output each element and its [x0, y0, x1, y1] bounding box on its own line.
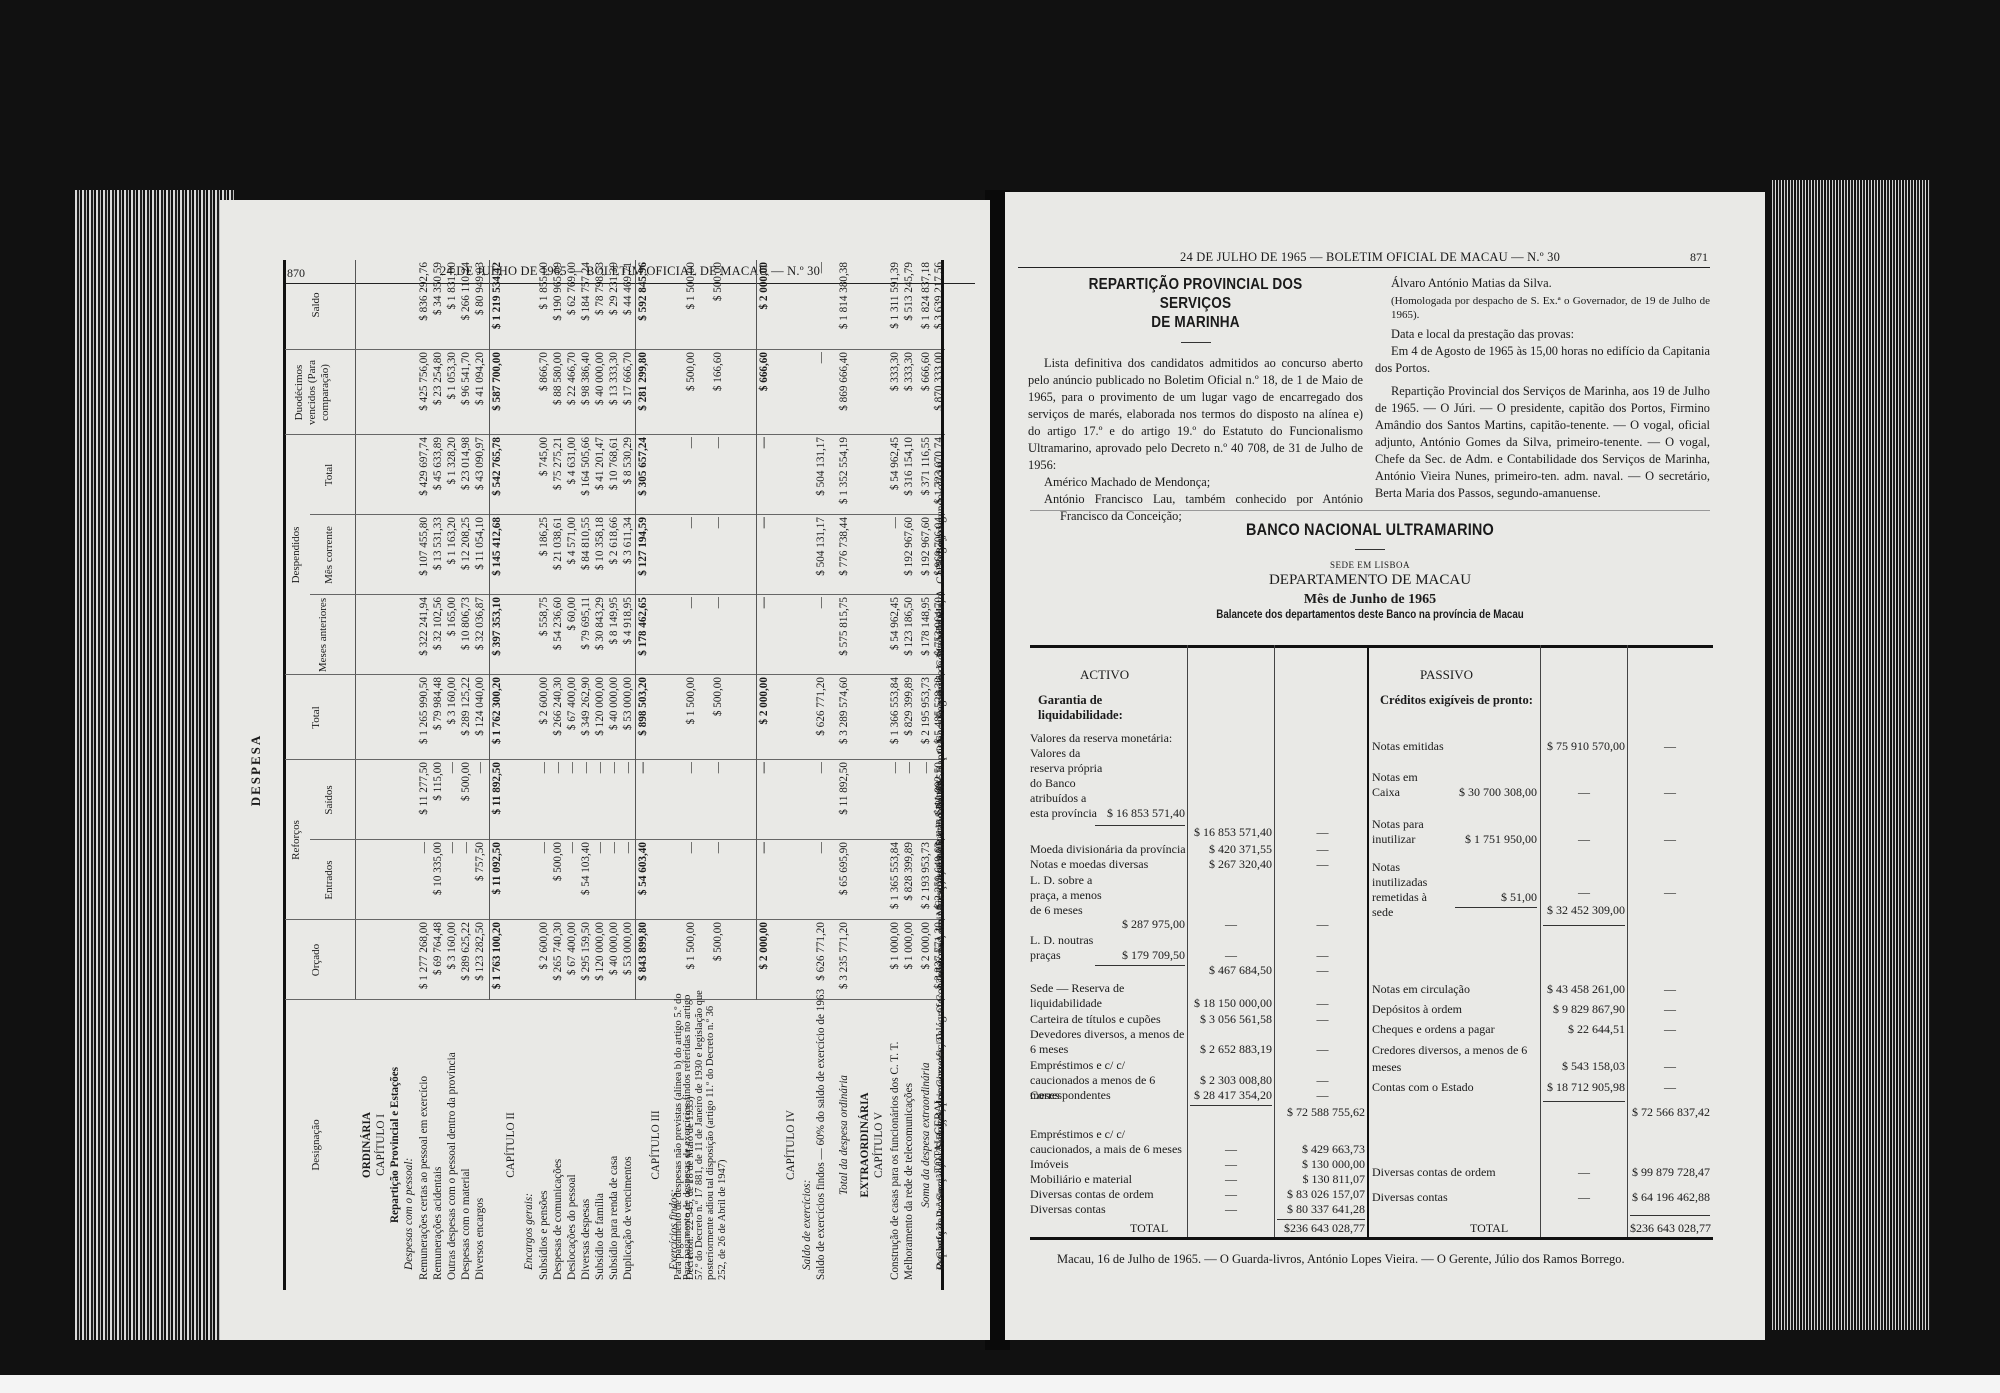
dash: —: [1280, 825, 1365, 840]
cell-saidos: —: [622, 762, 636, 840]
dash: —: [1630, 1080, 1710, 1095]
cell-duod: $ 98 386,40: [580, 352, 594, 435]
cell-saidos: —: [889, 762, 903, 840]
activo-total-amount: $236 643 028,77: [1277, 1221, 1365, 1236]
cell-mes-cor: $ 84 810,55: [580, 517, 594, 595]
cell-total: $ 2 195 953,73: [920, 677, 934, 760]
cell-mes-cor: $ 192 967,60: [920, 517, 934, 595]
cell-total: $ 500,00: [712, 677, 726, 760]
passivo-total-label: TOTAL: [1470, 1221, 1508, 1236]
cell-saidos: —: [580, 762, 594, 840]
section-cap1: CAPÍTULO I: [375, 1000, 389, 1290]
cell-saidos: $ 500,00: [460, 762, 474, 840]
cell-entrados: $ 828 399,89: [903, 842, 917, 920]
cell-total-desp: $ 371 116,55: [920, 437, 934, 515]
underline: [1277, 1219, 1365, 1220]
reserva-total: $ 16 853 571,40: [1190, 825, 1272, 840]
cell-saldo: $ 513 245,79: [903, 262, 917, 350]
reserva-label: Valores da reserva monetária:: [1030, 731, 1172, 746]
carteira-label: Carteira de títulos e cupões: [1030, 1012, 1161, 1027]
marinha-title-2: DE MARINHA: [1053, 313, 1338, 332]
cell-mes-cor: $ 145 412,68: [491, 517, 505, 595]
row-label: Subsídio de família: [594, 990, 608, 1290]
col-divider: [1540, 645, 1541, 1240]
cell-total: $ 3 289 574,60: [838, 677, 852, 760]
cell-orcado: $ 2 000,00: [920, 922, 934, 1000]
cell-saldo: $ 2 000,00: [758, 262, 772, 350]
cell-orcado: $ 120 000,00: [594, 922, 608, 1000]
dash: —: [1543, 1190, 1625, 1205]
cell-meses-ant: —: [815, 597, 829, 675]
row-label: Saldo de exercícios findos — 60% do sald…: [815, 990, 829, 1290]
cell-entrados: $ 2 193 953,73: [920, 842, 934, 920]
estado-label: Contas com o Estado: [1372, 1080, 1474, 1095]
cell-duod: $ 666,60: [758, 352, 772, 435]
row-label: Diversos encargos: [474, 990, 488, 1290]
row-label: Soma da despesa extraordinária: [920, 990, 934, 1290]
cell-duod: $ 1 053,30: [446, 352, 460, 435]
notas-label: Notas e moedas diversas: [1030, 857, 1148, 872]
banco-header: BANCO NACIONAL ULTRAMARINO SEDE EM LISBO…: [1030, 520, 1710, 621]
cell-meses-ant: $ 8 149,95: [608, 597, 622, 675]
cell-saidos: —: [815, 762, 829, 840]
cell-saldo: $ 34 350,59: [432, 262, 446, 350]
cell-entrados: —: [418, 842, 432, 920]
cell-total: $ 79 984,48: [432, 677, 446, 760]
cell-entrados: —: [758, 842, 772, 920]
imoveis-label: Imóveis: [1030, 1157, 1069, 1172]
cell-saidos: —: [446, 762, 460, 840]
passivo-diversas-amount: $ 64 196 462,88: [1630, 1190, 1710, 1205]
cell-mes-cor: $ 776 738,44: [838, 517, 852, 595]
row-label: Remunerações acidentais: [432, 990, 446, 1290]
cell-total-desp: —: [758, 437, 772, 515]
row-label: Remunerações certas ao pessoal em exercí…: [418, 990, 432, 1290]
ld-outras-amount: $ 179 709,50: [1095, 948, 1185, 963]
cell-total-desp: $ 75 275,21: [552, 437, 566, 515]
cell-entrados: $ 757,50: [474, 842, 488, 920]
cell-saldo: $ 29 231,39: [608, 262, 622, 350]
cell-meses-ant: $ 60,00: [566, 597, 580, 675]
underline: [1543, 925, 1625, 926]
dash: —: [1280, 996, 1365, 1011]
cell-entrados: $ 10 335,00: [432, 842, 446, 920]
cell-orcado: $ 67 400,00: [566, 922, 580, 1000]
row-label: Outras despesas com o pessoal dentro da …: [446, 990, 460, 1290]
cell-orcado: $ 295 159,50: [580, 922, 594, 1000]
inutilizar-label: Notas para inutilizar: [1372, 817, 1442, 847]
cell-saldo: $ 1 219 534,42: [491, 262, 505, 350]
cell-mes-cor: $ 12 208,25: [460, 517, 474, 595]
corresp-label: Correspondentes: [1030, 1088, 1111, 1103]
cell-orcado: $ 626 771,20: [815, 922, 829, 1000]
cell-duod: —: [815, 352, 829, 435]
sede-label: Sede — Reserva de liquidabilidade: [1030, 981, 1185, 1011]
header-total: Total: [310, 675, 323, 760]
dash: —: [1630, 885, 1710, 900]
carteira-amount: $ 3 056 561,58: [1190, 1012, 1272, 1027]
cell-meses-ant: $ 575 815,75: [838, 597, 852, 675]
cell-duod: $ 166,60: [712, 352, 726, 435]
dash: —: [1543, 885, 1625, 900]
cell-total-desp: $ 54 962,45: [889, 437, 903, 515]
row-label: Subsídio para renda de casa: [608, 990, 622, 1290]
dash: —: [1543, 832, 1625, 847]
cell-total: $ 124 040,00: [474, 677, 488, 760]
cell-saidos: —: [538, 762, 552, 840]
cell-entrados: —: [622, 842, 636, 920]
cell-duod: $ 870 333,00: [933, 352, 947, 435]
passivo-ordem-amount: $ 99 879 728,47: [1630, 1165, 1710, 1180]
underline: [1095, 825, 1185, 826]
dash: —: [1630, 739, 1710, 754]
cell-duod: $ 869 666,40: [838, 352, 852, 435]
dash: —: [1190, 1172, 1272, 1187]
cell-entrados: $ 65 695,90: [838, 842, 852, 920]
ld-praca-label: L. D. sobre a praça, a menos de 6 meses: [1030, 873, 1102, 918]
section-cap2-group: Encargos gerais:: [523, 980, 537, 1290]
cell-total-desp: $ 45 633,89: [432, 437, 446, 515]
cell-entrados: $ 54 103,40: [580, 842, 594, 920]
passivo-group: Créditos exigíveis de pronto:: [1380, 693, 1535, 708]
cell-orcado: $ 500,00: [712, 922, 726, 1000]
dash: —: [1190, 1187, 1272, 1202]
banco-mes: Mês de Junho de 1965: [1030, 590, 1710, 609]
cell-saldo: $ 266 110,24: [460, 262, 474, 350]
banco-departamento: DEPARTAMENTO DE MACAU: [1030, 570, 1710, 590]
cell-duod: $ 22 466,70: [566, 352, 580, 435]
cell-total: $ 898 503,20: [637, 677, 651, 760]
cell-saldo: $ 1 311 591,39: [889, 262, 903, 350]
header-reforcos: Reforços: [290, 760, 303, 920]
dash: —: [1190, 1157, 1272, 1172]
devedores-amount: $ 2 652 883,19: [1190, 1042, 1272, 1057]
cell-mes-cor: $ 2 618,66: [608, 517, 622, 595]
cell-duod: $ 333,30: [889, 352, 903, 435]
subtotal-rule: [756, 260, 757, 1000]
cell-mes-cor: $ 504 131,17: [815, 517, 829, 595]
cell-mes-cor: —: [712, 517, 726, 595]
row-label: Diversas despesas: [580, 990, 594, 1290]
cell-total-desp: $ 542 765,78: [491, 437, 505, 515]
cell-saidos: —: [903, 762, 917, 840]
cell-total-desp: $ 10 768,61: [608, 437, 622, 515]
cell-duod: $ 587 700,00: [491, 352, 505, 435]
row-label: Duplicação de vencimentos: [622, 990, 636, 1290]
col-divider: [1627, 645, 1628, 1240]
inutilizar-amount: $ 1 751 950,00: [1440, 832, 1537, 847]
dash: —: [1543, 1165, 1625, 1180]
cell-meses-ant: $ 397 353,10: [491, 597, 505, 675]
cell-saldo: $ 184 757,24: [580, 262, 594, 350]
title-divider: [1355, 549, 1385, 550]
cell-saidos: —: [920, 762, 934, 840]
cell-meses-ant: —: [712, 597, 726, 675]
dash: —: [1190, 948, 1272, 963]
balance-bottom-rule: [1030, 1237, 1713, 1240]
cell-mes-cor: $ 13 531,33: [432, 517, 446, 595]
cell-saidos: —: [594, 762, 608, 840]
col-divider: [1274, 645, 1275, 1240]
cell-duod: $ 425 756,00: [418, 352, 432, 435]
depositos-label: Depósitos à ordem: [1372, 1002, 1462, 1017]
cell-duod: $ 333,30: [903, 352, 917, 435]
credores-label: Credores diversos, a menos de 6 meses: [1372, 1042, 1537, 1076]
cell-meses-ant: $ 32 102,56: [432, 597, 446, 675]
section-cap1-group: Despesas com o pessoal:: [403, 980, 417, 1290]
cell-duod: $ 17 666,70: [622, 352, 636, 435]
header-saidos: Saídos: [323, 760, 336, 840]
emitidas-label: Notas emitidas: [1372, 739, 1444, 754]
imoveis-amount: $ 130 000,00: [1277, 1157, 1365, 1172]
dash: —: [1280, 1042, 1365, 1057]
dash: —: [1630, 982, 1710, 997]
cell-mes-cor: $ 4 571,00: [566, 517, 580, 595]
balance-top-rule: [1030, 645, 1713, 648]
marinha-signature: Repartição Provincial dos Serviços de Ma…: [1375, 383, 1710, 502]
dash: —: [1630, 785, 1710, 800]
right-head-rule: [1018, 267, 1710, 268]
cell-total-desp: —: [712, 437, 726, 515]
footer-line-3: (Custo desta publicação $ 120,00): [935, 780, 945, 1270]
cell-entrados: —: [566, 842, 580, 920]
row-label: Despesas de comunicações: [552, 990, 566, 1290]
cell-duod: $ 13 333,30: [608, 352, 622, 435]
dash: —: [1280, 857, 1365, 872]
cell-entrados: —: [446, 842, 460, 920]
cell-saldo: $ 1 831,80: [446, 262, 460, 350]
marinha-intro: Lista definitiva dos candidatos admitido…: [1028, 355, 1363, 474]
cell-meses-ant: $ 178 462,65: [637, 597, 651, 675]
cell-orcado: $ 69 764,48: [432, 922, 446, 1000]
cell-orcado: $ 265 740,30: [552, 922, 566, 1000]
cell-meses-ant: $ 79 695,11: [580, 597, 594, 675]
banco-sede: SEDE EM LISBOA: [1030, 560, 1710, 570]
cell-entrados: —: [538, 842, 552, 920]
dash: —: [1630, 832, 1710, 847]
cell-orcado: $ 1 000,00: [903, 922, 917, 1000]
cell-total-desp: $ 164 505,66: [580, 437, 594, 515]
cell-meses-ant: —: [758, 597, 772, 675]
cell-saldo: $ 500,00: [712, 262, 726, 350]
cell-total-desp: $ 429 697,74: [418, 437, 432, 515]
activo-total-label: TOTAL: [1130, 1221, 1168, 1236]
cell-saidos: —: [637, 762, 651, 840]
dash: —: [1630, 1002, 1710, 1017]
cell-entrados: $ 500,00: [552, 842, 566, 920]
cell-entrados: —: [712, 842, 726, 920]
cell-mes-cor: $ 127 194,59: [637, 517, 651, 595]
passivo-ordem-label: Diversas contas de ordem: [1372, 1165, 1496, 1180]
cell-orcado: $ 1 500,00: [685, 922, 699, 1000]
cell-total-desp: $ 316 154,10: [903, 437, 917, 515]
exam-label: Data e local da prestação das provas:: [1375, 326, 1710, 343]
table-top-rule: [283, 260, 286, 1290]
row-label: Subsídios e pensões: [538, 990, 552, 1290]
cell-orcado: $ 2 000,00: [758, 922, 772, 1000]
activo-ordem-amount: $ 83 026 157,07: [1277, 1187, 1365, 1202]
cell-entrados: —: [608, 842, 622, 920]
cell-mes-cor: $ 186,25: [538, 517, 552, 595]
header-entrados: Entrados: [323, 840, 336, 920]
cell-saldo: $ 78 798,53: [594, 262, 608, 350]
cell-orcado: $ 1 277 268,00: [418, 922, 432, 1000]
dash: —: [1280, 1012, 1365, 1027]
cell-saidos: —: [758, 762, 772, 840]
cell-orcado: $ 3 235 771,20: [838, 922, 852, 1000]
dash: —: [1280, 917, 1365, 932]
despesa-table: DESPESA Designação Orçado Reforços Entra…: [265, 260, 945, 1290]
cell-saldo: $ 44 469,71: [622, 262, 636, 350]
cell-total: $ 266 240,30: [552, 677, 566, 760]
header-designacao: Designação: [310, 1000, 323, 1290]
cell-meses-ant: $ 4 918,95: [622, 597, 636, 675]
activo-ordem-label: Diversas contas de ordem: [1030, 1187, 1154, 1202]
circulacao-amount: $ 43 458 261,00: [1543, 982, 1625, 997]
row-label: Despesas com o material: [460, 990, 474, 1290]
remetidas-label: Notas inutilizadas remetidas à sede: [1372, 860, 1447, 920]
underline: [1095, 965, 1185, 966]
header-meses-anteriores: Meses anteriores: [317, 595, 330, 675]
ld-total: $ 467 684,50: [1190, 963, 1272, 978]
cell-total: $ 1 762 300,20: [491, 677, 505, 760]
cell-total: $ 829 399,89: [903, 677, 917, 760]
candidate-3: Álvaro António Matias da Silva.: [1375, 275, 1710, 292]
cell-entrados: —: [685, 842, 699, 920]
activo-header: ACTIVO: [1080, 667, 1129, 683]
cell-total: $ 67 400,00: [566, 677, 580, 760]
cell-saidos: —: [566, 762, 580, 840]
cheques-label: Cheques e ordens a pagar: [1372, 1022, 1495, 1037]
cell-mes-cor: —: [889, 517, 903, 595]
cell-meses-ant: $ 165,00: [446, 597, 460, 675]
cell-saidos: —: [608, 762, 622, 840]
passivo-group-total: $ 72 566 837,42: [1630, 1105, 1710, 1120]
activo-group-total: $ 72 588 755,62: [1277, 1105, 1365, 1120]
dash: —: [1190, 1142, 1272, 1157]
cell-entrados: $ 11 092,50: [491, 842, 505, 920]
cell-duod: $ 96 541,70: [460, 352, 474, 435]
devedores-label: Devedores diversos, a menos de 6 meses: [1030, 1027, 1185, 1057]
cell-saldo: $ 1 824 837,18: [920, 262, 934, 350]
cell-total: $ 3 160,00: [446, 677, 460, 760]
cell-saldo: —: [815, 262, 829, 350]
header-orcado: Orçado: [310, 920, 323, 1000]
cell-meses-ant: $ 123 186,50: [903, 597, 917, 675]
cell-total-desp: $ 504 131,17: [815, 437, 829, 515]
cell-saldo: $ 190 965,09: [552, 262, 566, 350]
cell-mes-cor: $ 21 038,61: [552, 517, 566, 595]
cell-entrados: —: [460, 842, 474, 920]
cell-duod: $ 23 254,80: [432, 352, 446, 435]
cell-total: $ 2 000,00: [758, 677, 772, 760]
sede-amount: $ 18 150 000,00: [1190, 996, 1272, 1011]
underline: [1630, 1215, 1710, 1216]
scan-bottom-strip: [0, 1375, 2000, 1393]
cell-saidos: $ 11 277,50: [418, 762, 432, 840]
circulacao-label: Notas em circulação: [1372, 982, 1470, 997]
banco-title: BANCO NACIONAL ULTRAMARINO: [1081, 520, 1659, 539]
cell-duod: $ 666,60: [920, 352, 934, 435]
section-cap4-group: Saldo de exercícios:: [801, 980, 815, 1290]
right-page-number: 871: [1690, 250, 1708, 265]
emprest-mais-amount: $ 429 663,73: [1277, 1142, 1365, 1157]
cheques-amount: $ 22 644,51: [1543, 1022, 1625, 1037]
cell-entrados: —: [815, 842, 829, 920]
cell-meses-ant: $ 178 148,95: [920, 597, 934, 675]
cell-orcado: $ 2 600,00: [538, 922, 552, 1000]
cell-duod: $ 281 299,80: [637, 352, 651, 435]
underline: [1543, 1101, 1625, 1102]
cell-total: $ 1 500,00: [685, 677, 699, 760]
cell-saldo: $ 1 814 380,38: [838, 262, 852, 350]
row-label: Construção de casas para os funcionários…: [889, 990, 903, 1290]
cell-orcado: $ 3 160,00: [446, 922, 460, 1000]
cell-mes-cor: $ 107 455,80: [418, 517, 432, 595]
cell-saldo: $ 1 855,00: [538, 262, 552, 350]
cell-saldo: $ 1 500,00: [685, 262, 699, 350]
cell-saidos: $ 11 892,50: [838, 762, 852, 840]
cell-entrados: —: [594, 842, 608, 920]
cell-saidos: —: [685, 762, 699, 840]
section-divider: [1030, 510, 1710, 511]
row-label: Para pagamento de despesas de exercícios…: [682, 990, 728, 1290]
header-bottom-rule: [355, 260, 356, 1000]
cell-orcado: $ 40 000,00: [608, 922, 622, 1000]
row-label: Deslocações do pessoal: [566, 990, 580, 1290]
cell-duod: $ 40 000,00: [594, 352, 608, 435]
cell-total-desp: $ 4 631,00: [566, 437, 580, 515]
cell-saidos: —: [712, 762, 726, 840]
depositos-amount: $ 9 829 867,90: [1543, 1002, 1625, 1017]
notas-amount: $ 267 320,40: [1190, 857, 1272, 872]
dash: —: [1280, 1088, 1365, 1103]
cell-mes-cor: $ 11 054,10: [474, 517, 488, 595]
estado-amount: $ 18 712 905,98: [1543, 1080, 1625, 1095]
caixa-label: Notas em Caixa: [1372, 770, 1432, 800]
activo-diversas-amount: $ 80 337 641,28: [1277, 1202, 1365, 1217]
passivo-header: PASSIVO: [1420, 667, 1473, 683]
cell-saldo: $ 836 292,76: [418, 262, 432, 350]
cell-mes-cor: $ 1 163,20: [446, 517, 460, 595]
cell-entrados: $ 54 603,40: [637, 842, 651, 920]
activo-diversas-label: Diversas contas: [1030, 1202, 1106, 1217]
cell-total: $ 120 000,00: [594, 677, 608, 760]
dash: —: [1280, 948, 1365, 963]
cell-orcado: $ 289 625,22: [460, 922, 474, 1000]
homologation-note: (Homologada por despacho de S. Ex.ª o Go…: [1375, 294, 1710, 322]
caixa-amount: $ 30 700 308,00: [1440, 785, 1537, 800]
header-despendidos: Despendidos: [290, 435, 303, 675]
cell-meses-ant: $ 30 843,29: [594, 597, 608, 675]
activo-passivo-divider: [1367, 645, 1369, 1240]
emitidas-amount: $ 75 910 570,00: [1543, 739, 1625, 754]
candidate-1: Américo Machado de Mendonça;: [1028, 474, 1363, 491]
cell-meses-ant: $ 558,75: [538, 597, 552, 675]
title-divider: [1181, 342, 1211, 343]
dash: —: [1190, 917, 1272, 932]
cell-saidos: —: [474, 762, 488, 840]
dash: —: [1190, 1202, 1272, 1217]
cell-total-desp: $ 305 657,24: [637, 437, 651, 515]
cell-saidos: $ 115,00: [432, 762, 446, 840]
underline: [1190, 1105, 1272, 1106]
header-duodecimos: Duodécimos vencidos (Para comparação): [293, 350, 332, 435]
cell-total: $ 53 000,00: [622, 677, 636, 760]
header-mes-corrente: Mês corrente: [323, 515, 336, 595]
cell-orcado: $ 123 282,50: [474, 922, 488, 1000]
header-total-despendidos: Total: [323, 435, 336, 515]
